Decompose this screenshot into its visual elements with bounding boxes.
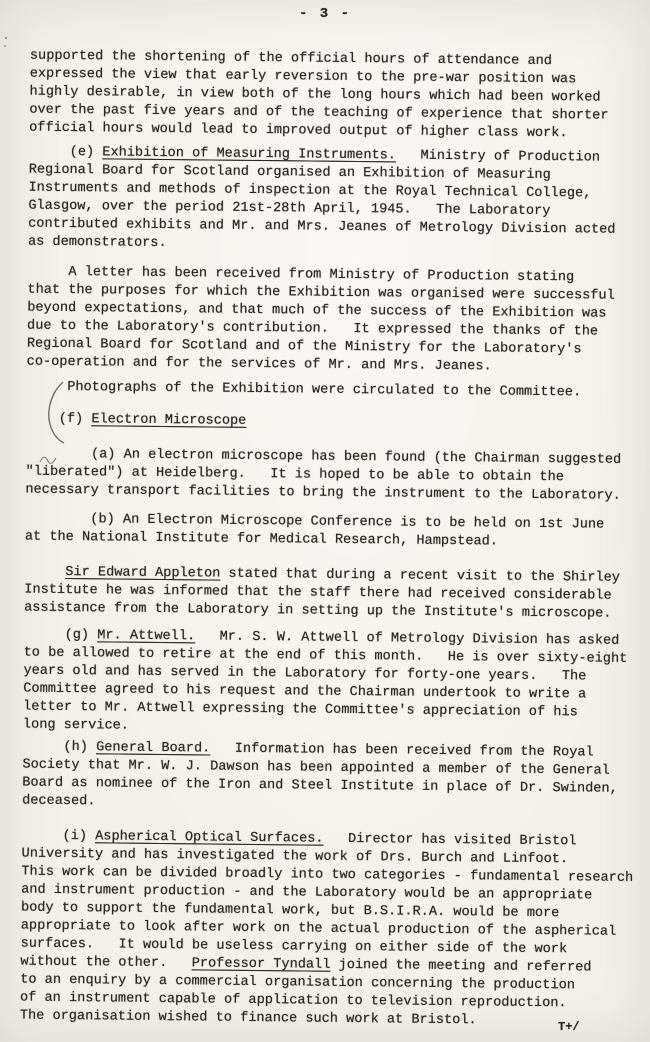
text-run [24, 565, 65, 580]
catchword-mark: T+/ [558, 1020, 580, 1034]
speck-mark [5, 37, 7, 39]
text-line: Photographs of the Exhibition were circu… [26, 379, 638, 403]
text-run: co-operation and for the services of Mr.… [27, 355, 492, 375]
page-number: - 3 - [0, 6, 650, 22]
underlined-text: Sir Edward Appleton [65, 565, 220, 582]
text-run: deceased. [22, 794, 96, 810]
text-run: The organisation wished to finance such … [20, 1009, 477, 1029]
text-run: Photographs of the Exhibition were circu… [26, 380, 581, 401]
text-run: (i) [22, 829, 96, 845]
text-run: Mr. S. W. Attwell of Metrology Division … [195, 629, 619, 648]
text-run: at the National Institute for Medical Re… [25, 530, 498, 550]
text-run: Information has been received from the R… [210, 742, 594, 761]
text-run: long service. [23, 718, 129, 734]
section-e-exhibition: (e) Exhibition of Measuring Instruments.… [28, 144, 641, 258]
para-photographs: Photographs of the Exhibition were circu… [26, 379, 638, 403]
item-a-microscope-found: (a) An electron microscope has been foun… [25, 446, 638, 506]
heading-f-electron-microscope: (f) Electron Microscope [26, 411, 638, 435]
underlined-text: Electron Microscope [91, 412, 246, 429]
underlined-text: Professor Tyndall [192, 956, 331, 972]
underlined-text: Aspherical Optical Surfaces. [95, 829, 324, 846]
scanned-document-page: - 3 - supported the shortening of the of… [0, 0, 650, 1042]
text-run: (e) [29, 145, 103, 161]
text-run: stated that during a recent visit to the… [220, 567, 620, 586]
para-ministry-letter: A letter has been received from Ministry… [27, 264, 640, 378]
section-g-attwell: (g) Mr. Attwell. Mr. S. W. Attwell of Me… [23, 627, 636, 741]
text-run: Ministry of Production [396, 148, 600, 165]
underlined-text: Exhibition of Measuring Instruments. [102, 145, 396, 163]
underlined-text: General Board. [96, 740, 210, 756]
text-line: (f) Electron Microscope [26, 411, 638, 435]
text-run: (g) [24, 628, 98, 644]
section-i-aspherical: (i) Aspherical Optical Surfaces. Directo… [20, 828, 634, 1032]
text-run: joined the meeting and referred [330, 958, 591, 976]
underlined-text: Mr. Attwell. [97, 628, 195, 644]
text-run: without the other. [20, 955, 191, 972]
text-run: (f) [26, 412, 91, 428]
para-appleton: Sir Edward Appleton stated that during a… [24, 564, 637, 624]
text-run: Director has visited Bristol [323, 832, 576, 850]
item-b-conference: (b) An Electron Microscope Conference is… [25, 511, 637, 553]
speck-mark [4, 45, 6, 47]
section-h-general-board: (h) General Board. Information has been … [22, 739, 635, 817]
text-run: official hours would lead to improved ou… [29, 121, 568, 142]
text-run: (h) [23, 740, 97, 756]
text-run: as demonstrators. [28, 235, 167, 251]
document-body: supported the shortening of the official… [20, 48, 642, 1032]
para-official-hours: supported the shortening of the official… [29, 48, 642, 144]
